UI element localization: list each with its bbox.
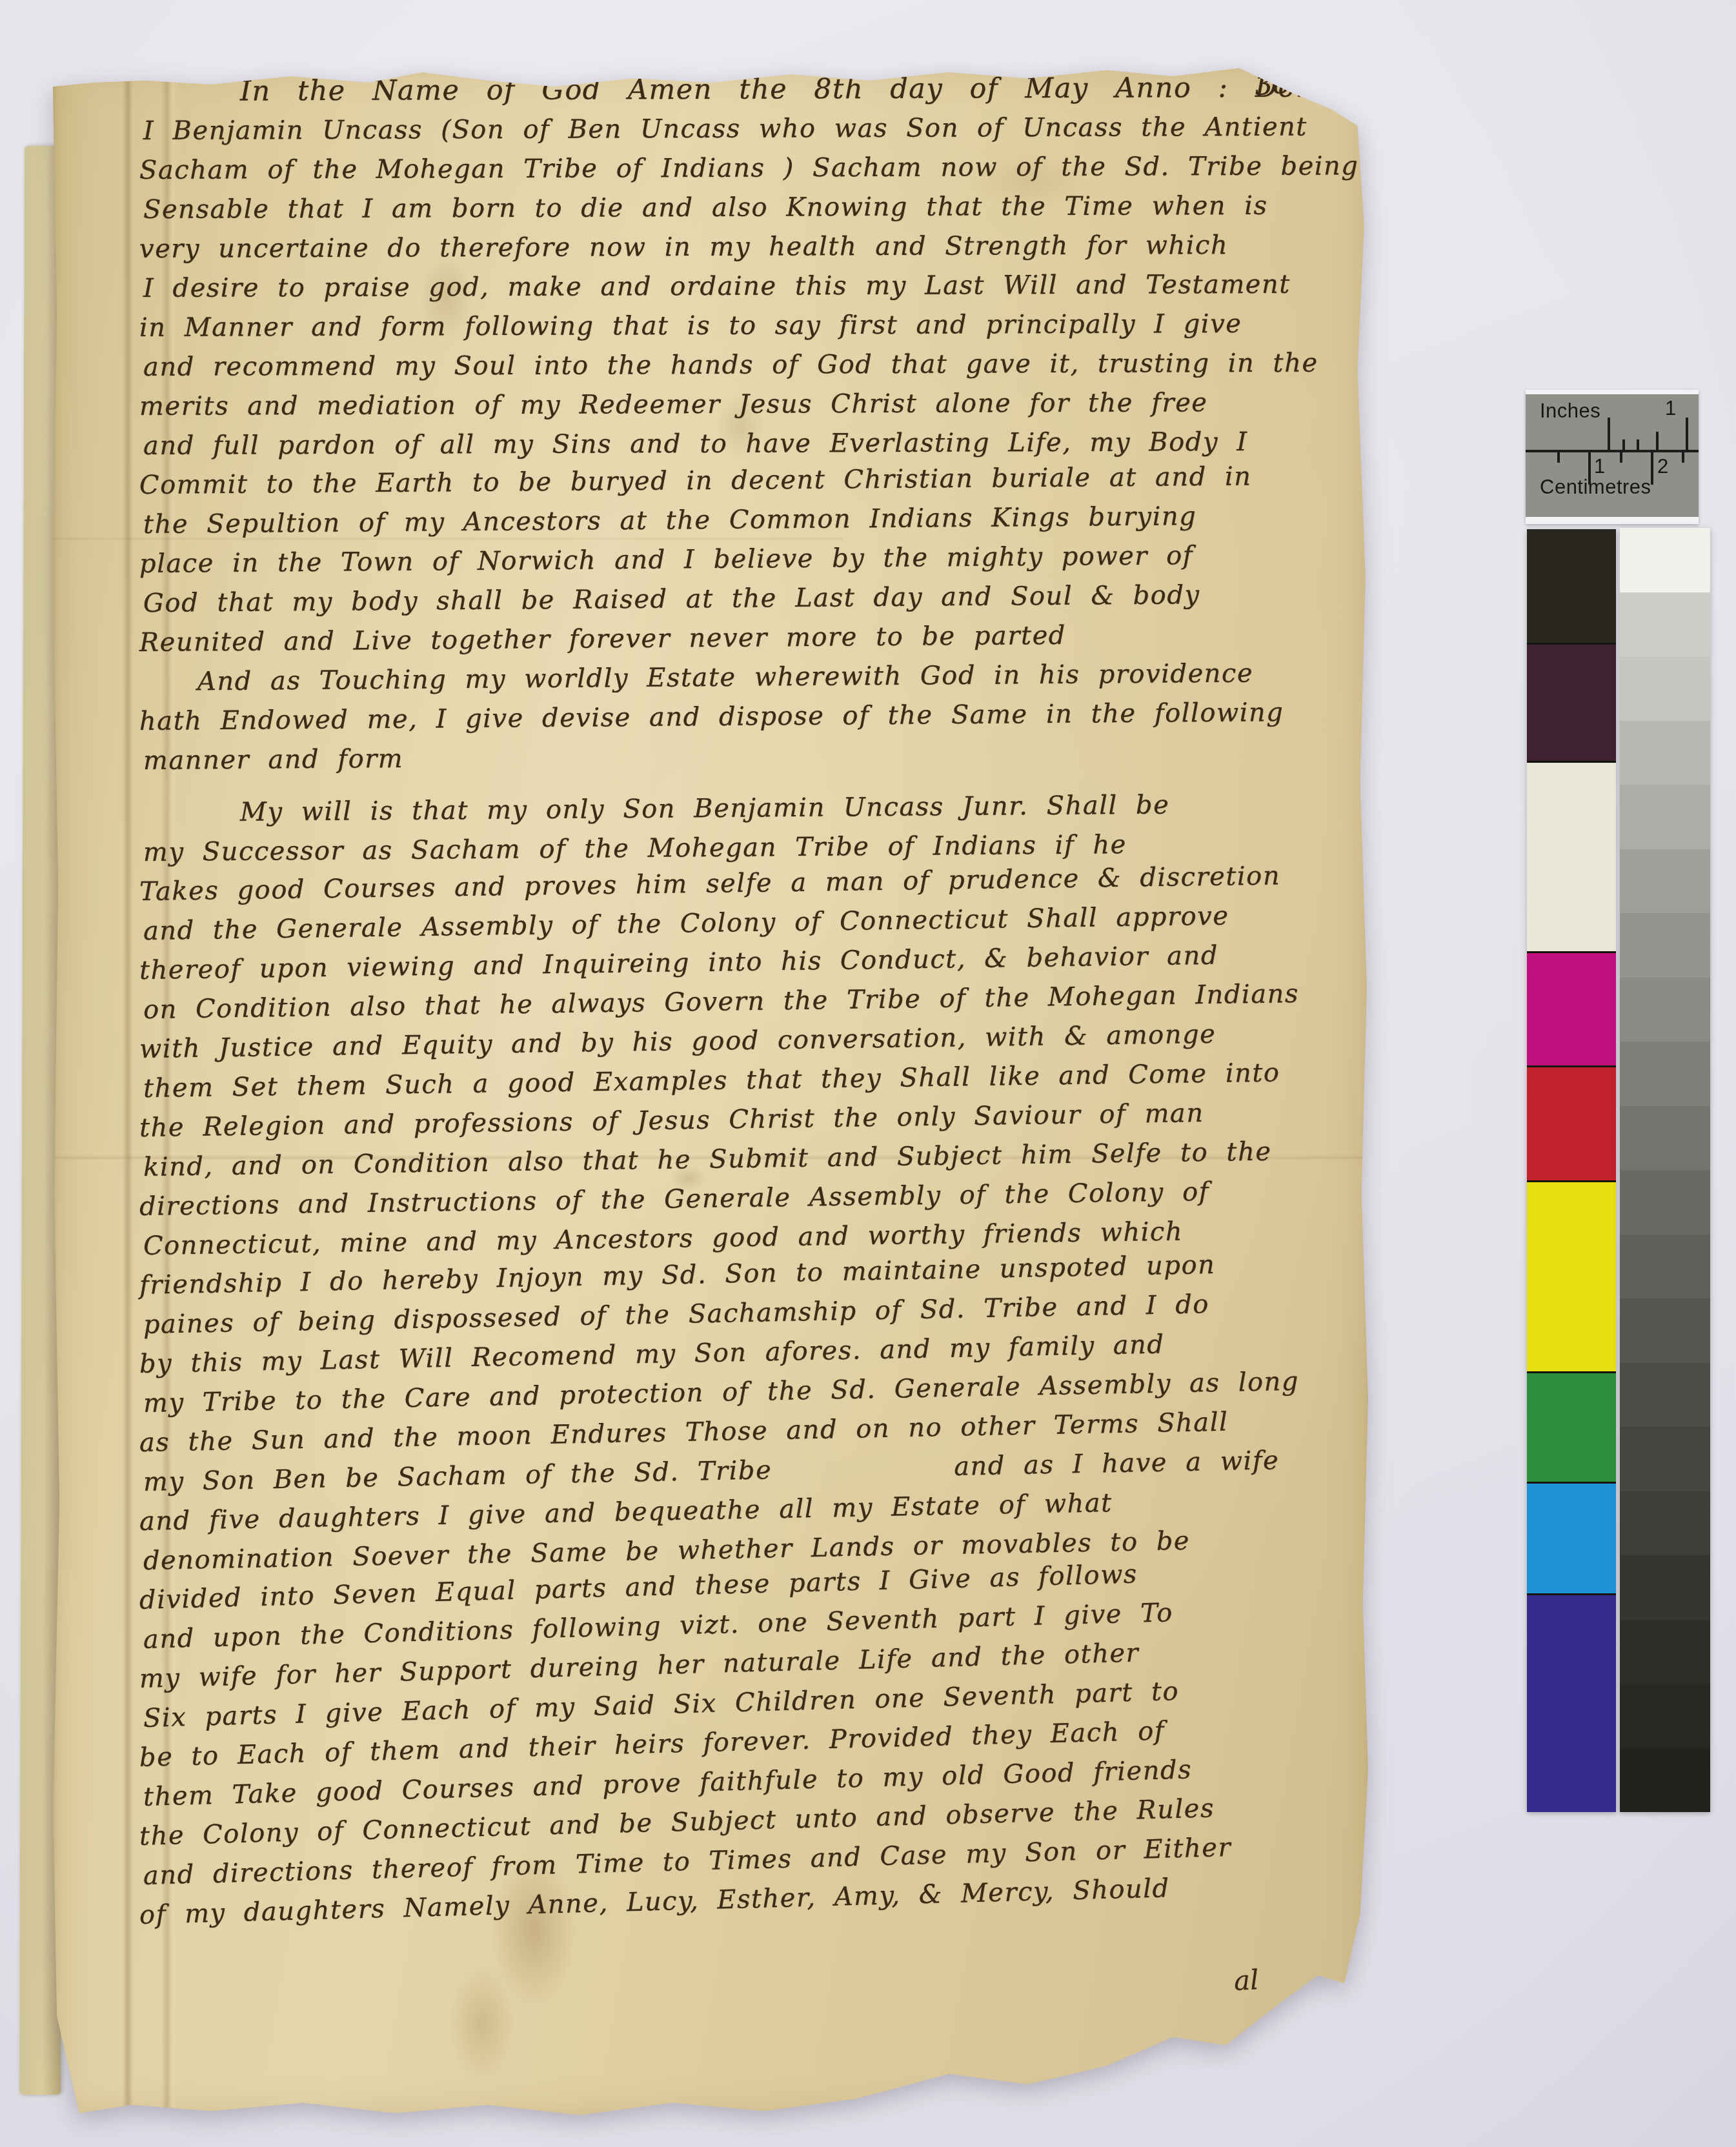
manuscript-page: 38a In the Name of God Amen the 8th day …: [53, 62, 1371, 2119]
manuscript-line: In the Name of God Amen the 8th day of M…: [139, 68, 1344, 112]
manuscript-line: I Benjamin Uncass (Son of Ben Uncass who…: [143, 108, 1344, 151]
page-number-suffix: a: [1289, 64, 1302, 87]
binding-crease: [123, 62, 133, 2119]
cm-number-1: 1: [1594, 455, 1605, 478]
color-patch-magenta: [1527, 953, 1616, 1065]
color-patch-azure: [1527, 1484, 1616, 1593]
color-patch-maroon: [1527, 645, 1616, 761]
grayscale-column: [1620, 528, 1710, 1812]
grayscale-step-16: [1620, 1491, 1710, 1556]
color-patch-violet: [1527, 1595, 1616, 1812]
color-patch-cream: [1527, 763, 1616, 951]
manuscript-line: Sensable that I am born to die and also …: [143, 186, 1344, 230]
ruler-inches-label: Inches: [1540, 399, 1600, 423]
manuscript-text-block: In the Name of God Amen the 8th day of M…: [139, 72, 1344, 1935]
ruler-scale-line: [1526, 450, 1699, 452]
cm-tick-half: [1620, 452, 1622, 463]
grayscale-step-8: [1620, 978, 1710, 1042]
color-patch-yellow: [1527, 1182, 1616, 1371]
inch-tick: [1637, 439, 1639, 450]
cm-number-2: 2: [1657, 455, 1668, 478]
grayscale-step-14: [1620, 1363, 1710, 1427]
color-patch-green: [1527, 1373, 1616, 1482]
grayscale-step-1: [1620, 528, 1710, 592]
color-patch-black: [1527, 529, 1616, 643]
grayscale-step-4: [1620, 721, 1710, 785]
cm-tick-half: [1557, 452, 1560, 463]
inch-tick-quarter: [1656, 432, 1659, 450]
cm-tick-two: [1651, 452, 1653, 485]
color-patch-column: [1527, 529, 1616, 1812]
grayscale-step-10: [1620, 1106, 1710, 1171]
manuscript-line: I desire to praise god, make and ordaine…: [143, 265, 1344, 308]
ruler-face: Inches Centimetres 1 1 2: [1526, 394, 1699, 517]
grayscale-step-2: [1620, 592, 1710, 657]
inch-tick-half: [1608, 418, 1610, 450]
cm-tick-half: [1682, 452, 1684, 463]
grayscale-step-9: [1620, 1042, 1710, 1106]
ruler-card: Inches Centimetres 1 1 2: [1526, 390, 1699, 524]
grayscale-step-11: [1620, 1170, 1710, 1235]
manuscript-line: and recommend my Soul into the hands of …: [143, 344, 1344, 387]
catchword: al: [1233, 1964, 1260, 1997]
archival-photograph: { "photo": { "backdrop_color": "#e7e5ec"…: [0, 0, 1736, 2147]
inch-tick: [1622, 439, 1625, 450]
grayscale-step-3: [1620, 656, 1710, 721]
manuscript-line: in Manner and form following that is to …: [139, 304, 1344, 348]
cm-tick-one: [1588, 452, 1591, 485]
inch-tick-one: [1686, 418, 1688, 450]
grayscale-step-20: [1620, 1748, 1710, 1813]
grayscale-step-12: [1620, 1235, 1710, 1299]
ruler-centimetres-label: Centimetres: [1540, 476, 1651, 499]
grayscale-step-15: [1620, 1427, 1710, 1491]
grayscale-step-19: [1620, 1684, 1710, 1748]
inch-number-1: 1: [1665, 397, 1676, 420]
manuscript-line: very uncertaine do therefore now in my h…: [139, 225, 1344, 269]
grayscale-step-17: [1620, 1555, 1710, 1620]
grayscale-step-13: [1620, 1298, 1710, 1363]
grayscale-step-6: [1620, 849, 1710, 914]
grayscale-step-7: [1620, 913, 1710, 978]
manuscript-line: Sacham of the Mohegan Tribe of Indians )…: [139, 146, 1344, 190]
grayscale-step-18: [1620, 1620, 1710, 1684]
color-patch-red: [1527, 1067, 1616, 1180]
manuscript-line: merits and mediation of my Redeemer Jesu…: [139, 383, 1344, 427]
grayscale-step-5: [1620, 785, 1710, 849]
